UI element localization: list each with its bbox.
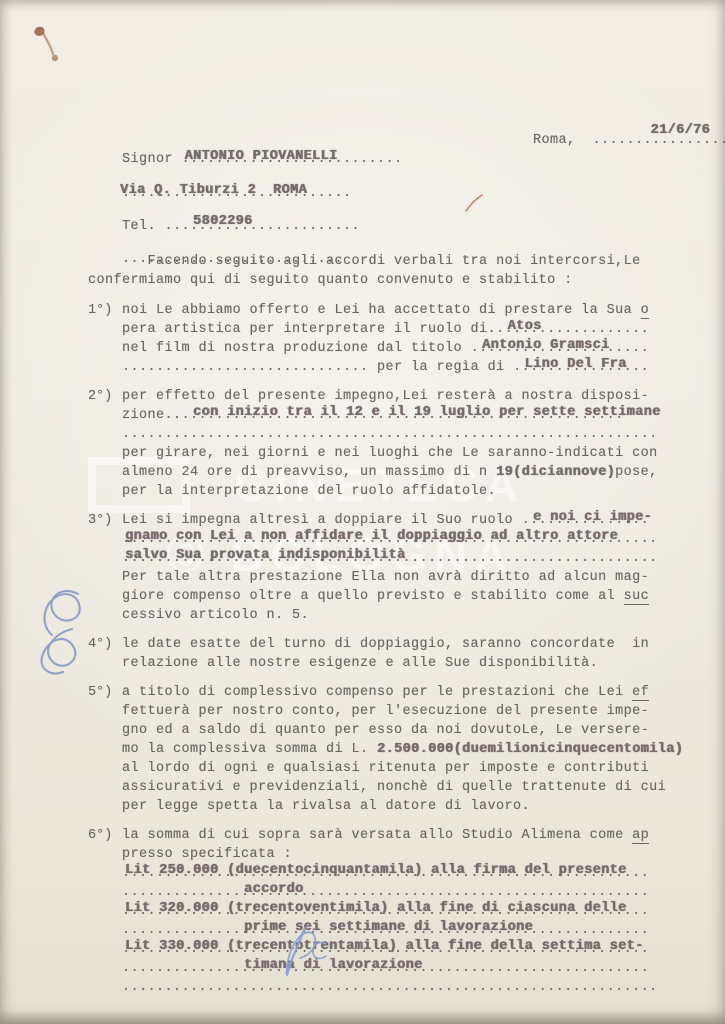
typed-over-dots: ................ Lino Del Fra: [513, 358, 649, 377]
typed-fill: timana di lavorazione: [125, 956, 423, 975]
typed-text: presso specificata :: [122, 847, 292, 862]
tel-value: 5802296: [168, 212, 253, 231]
clause: 1°)noi Le abbiamo offerto e Lei ha accet…: [88, 301, 688, 377]
header-blank-row: ..........................: [88, 231, 343, 250]
document-line: relazione alle nostre esigenze e alle Su…: [122, 654, 688, 673]
typed-text: almeno 24 ore di preavviso, un massimo d…: [122, 465, 496, 480]
typed-text: cessivo articolo n. 5.: [122, 608, 309, 623]
clause-number: 4°): [88, 635, 112, 654]
typed-text: pera artistica per interpretare il ruolo…: [122, 322, 496, 337]
clause: 5°)a titolo di complessivo compenso per …: [88, 683, 688, 816]
typed-text: per effetto del presente impegno,Lei res…: [122, 389, 649, 404]
header-date-row: Roma, ........................21/6/76: [533, 131, 725, 150]
clause: 3°)Lei si impegna altresì a doppiare il …: [88, 511, 688, 625]
typed-text: assicurativi e previdenziali, nonchè di …: [122, 780, 666, 795]
typed-text: nel film di nostra produzione dal titolo: [122, 341, 471, 356]
typed-fill: 2.500.000(duemilionicinquecentomila): [377, 742, 683, 757]
typed-text: per la interpretazione del ruolo affidat…: [122, 484, 496, 499]
clause: 2°)per effetto del presente impegno,Lei …: [88, 387, 688, 501]
typed-fill: Antonio Gramsci: [474, 336, 610, 355]
document-line: al lordo di ogni e qualsiasi ritenuta pe…: [122, 759, 688, 778]
header-tel-row: Tel. ....................... 5802296: [88, 198, 360, 217]
typed-text: per girare, nei giorni e nei luoghi che …: [122, 446, 658, 461]
typed-fill: con inizio tra il 12 e il 19 luglio per …: [185, 403, 661, 422]
typed-over-dots: ........................................…: [122, 549, 658, 568]
red-scratch: [466, 195, 482, 211]
document-line: mo la complessiva somma di L. 2.500.000(…: [122, 740, 688, 759]
typed-text: noi Le abbiamo offerto e Lei ha accettat…: [122, 303, 641, 318]
underlined-text: suc: [624, 589, 650, 605]
signor-value: ANTONIO PIOVANELLI: [185, 147, 338, 166]
document-line: cessivo articolo n. 5.: [122, 606, 688, 625]
city-label: Roma,: [533, 133, 593, 148]
document-line: per girare, nei giorni e nei luoghi che …: [122, 444, 688, 463]
document-line: ........................................…: [122, 978, 688, 997]
document-line: ........................................…: [122, 425, 688, 444]
typed-text: al lordo di ogni e qualsiasi ritenuta pe…: [122, 761, 649, 776]
intro-line-2: confermiamo qui di seguito quanto conven…: [88, 271, 688, 290]
clause-number: 5°): [88, 683, 112, 702]
typed-text: Per tale altra prestazione Ella non avrà…: [122, 570, 649, 585]
typed-over-dots: ........................................…: [122, 959, 649, 978]
typed-text: le date esatte del turno di doppiaggio, …: [122, 637, 649, 652]
typed-text: la somma di cui sopra sarà versata allo …: [122, 828, 632, 843]
clause-number: 6°): [88, 826, 112, 845]
document-line: ........................................…: [122, 959, 688, 978]
clause-number: 1°): [88, 301, 112, 320]
date-value: 21/6/76: [651, 121, 711, 140]
dotted-line: ........................................…: [122, 427, 658, 442]
date-field: ........................21/6/76: [593, 131, 725, 150]
document-line: le date esatte del turno di doppiaggio, …: [122, 635, 688, 654]
rust-stain: [34, 27, 58, 61]
blue-margin-mark: [42, 591, 80, 673]
typed-fill: accordo: [125, 880, 304, 899]
intro-line-1: Facendo seguito agli accordi verbali tra…: [88, 252, 688, 271]
typed-text: per legge spetta la rivalsa al datore di…: [122, 799, 530, 814]
header-address-row: ...........................Via Q. Tiburz…: [88, 165, 352, 184]
underlined-text: ap: [632, 828, 649, 844]
document-line: almeno 24 ore di preavviso, un massimo d…: [122, 463, 688, 482]
typed-text: fettuerà per nostro conto, per l'esecuzi…: [122, 704, 649, 719]
typed-text: mo la complessiva somma di L.: [122, 742, 377, 757]
typed-text: Lei si impegna altresì a doppiare il Suo…: [122, 513, 522, 528]
clause-number: 3°): [88, 511, 112, 530]
clause: 4°)le date esatte del turno di doppiaggi…: [88, 635, 688, 673]
document-line: per la interpretazione del ruolo affidat…: [122, 482, 688, 501]
typed-fill: Lit 330.000 (trecentotrentamila) alla fi…: [125, 937, 644, 956]
document-line: ............................. per la reg…: [122, 358, 688, 377]
typed-fill: prime sei settimane di lavorazione: [125, 918, 533, 937]
typed-fill: Lino Del Fra: [516, 355, 627, 374]
scanned-document-page: CINETECA © BOLOGNA Signor ..............…: [0, 0, 725, 1024]
document-line: per legge spetta la rivalsa al datore di…: [122, 797, 688, 816]
intro-paragraph: Facendo seguito agli accordi verbali tra…: [88, 252, 688, 290]
underlined-text: ef: [632, 685, 649, 701]
document-line: a titolo di complessivo compenso per le …: [122, 683, 688, 702]
typed-text: gno ed a saldo di quanto per esso da noi…: [122, 723, 649, 738]
document-line: noi Le abbiamo offerto e Lei ha accettat…: [122, 301, 688, 320]
document-line: assicurativi e previdenziali, nonchè di …: [122, 778, 688, 797]
document-line: zione...................................…: [122, 406, 688, 425]
document-line: fettuerà per nostro conto, per l'esecuzi…: [122, 702, 688, 721]
typed-text: zione..: [122, 408, 182, 423]
dotted-line: .............................: [122, 360, 369, 375]
header-signor-row: Signor ..........................ANTONIO…: [88, 131, 708, 150]
typed-fill: Lit 250.000 (duecentocinquantamila) alla…: [125, 861, 627, 880]
typed-over-dots: ........................................…: [182, 406, 624, 425]
clauses: 1°)noi Le abbiamo offerto e Lei ha accet…: [88, 301, 688, 997]
clause: 6°)la somma di cui sopra sarà versata al…: [88, 826, 688, 997]
typed-text: pose,: [615, 465, 658, 480]
typed-text: per la regìa di: [369, 360, 514, 375]
typed-fill: 19(diciannove): [496, 465, 615, 480]
typed-fill: gnamo con Lei a non affidare il doppiagg…: [125, 527, 618, 546]
dotted-line: ........................................…: [122, 980, 658, 995]
typed-text: a titolo di complessivo compenso per le …: [122, 685, 632, 700]
document-line: ........................................…: [122, 549, 688, 568]
underlined-text: o: [641, 303, 650, 319]
typed-text: giore compenso oltre a quello previsto e…: [122, 589, 624, 604]
typed-fill: salvo Sua provata indisponibilità: [125, 546, 406, 565]
letter-body: Facendo seguito agli accordi verbali tra…: [88, 252, 688, 1007]
typed-fill: e noi ci impe-: [525, 508, 653, 527]
typed-fill: Atos: [499, 317, 542, 336]
document-line: la somma di cui sopra sarà versata allo …: [122, 826, 688, 845]
document-line: Per tale altra prestazione Ella non avrà…: [122, 568, 688, 587]
document-line: gno ed a saldo di quanto per esso da noi…: [122, 721, 688, 740]
clause-number: 2°): [88, 387, 112, 406]
typed-text: relazione alle nostre esigenze e alle Su…: [122, 656, 598, 671]
document-line: giore compenso oltre a quello previsto e…: [122, 587, 688, 606]
typed-fill: Lit 320.000 (trecentoventimila) alla fin…: [125, 899, 627, 918]
